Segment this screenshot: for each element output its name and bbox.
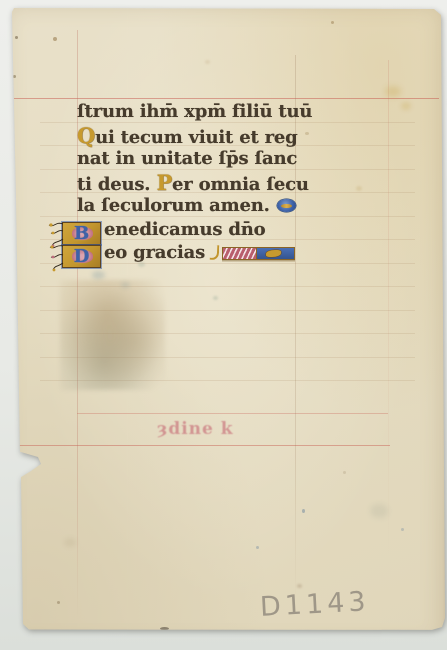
brown-stain (60, 280, 165, 390)
text-line: ſtrum ihm̄ xpm̄ filiū tuū (77, 100, 407, 124)
line-text: ſtrum ihm̄ xpm̄ filiū tuū (77, 101, 312, 122)
line-text: eo gracias (104, 242, 205, 263)
photo-background: ſtrum ihm̄ xpm̄ filiū tuū Qui tecum viui… (0, 0, 447, 650)
illuminated-initial-D: D (62, 245, 101, 268)
illuminated-initial-B: B (62, 222, 101, 245)
text-line: ti deus. Per omnia ſecu (77, 171, 407, 195)
line-text: er omnia ſecu (172, 174, 309, 195)
line-text: nat in unitate ſp̄s ſanc (77, 148, 297, 169)
pencil-shelfmark: D1143 (259, 586, 370, 623)
line-filler-roundel-icon (277, 199, 296, 212)
initial-letter: D (74, 245, 89, 269)
text-block: ſtrum ihm̄ xpm̄ filiū tuū Qui tecum viui… (77, 100, 407, 265)
line-text: la ſeculorum amen. (77, 195, 270, 216)
text-line: D eo gracias (62, 241, 407, 265)
text-line: la ſeculorum amen. (77, 194, 407, 218)
parchment-surface: ſtrum ihm̄ xpm̄ filiū tuū Qui tecum viui… (0, 0, 447, 650)
text-line: B enedicamus dn̄o (62, 218, 407, 242)
line-filler-bar-icon (222, 247, 295, 260)
bar-filler-gold-leaf (266, 250, 281, 257)
gold-flourish-icon (210, 245, 220, 260)
text-line: Qui tecum viuit et reg (77, 124, 407, 148)
initial-letter: B (74, 222, 89, 246)
manuscript-leaf: ſtrum ihm̄ xpm̄ filiū tuū Qui tecum viui… (0, 0, 447, 650)
line-text: enedicamus dn̄o (104, 219, 265, 240)
marginal-spray-icon (48, 242, 64, 272)
text-line: nat in unitate ſp̄s ſanc (77, 147, 407, 171)
line-text: ui tecum viuit et reg (95, 127, 297, 148)
gold-initial-P: P (156, 170, 172, 195)
gold-initial-Q: Q (77, 123, 95, 148)
line-text: ti deus. (77, 174, 150, 195)
bar-filler-blue-half (256, 248, 294, 259)
bar-filler-pink-half (223, 248, 256, 259)
show-through-rubric: ȝdine k (157, 419, 234, 439)
